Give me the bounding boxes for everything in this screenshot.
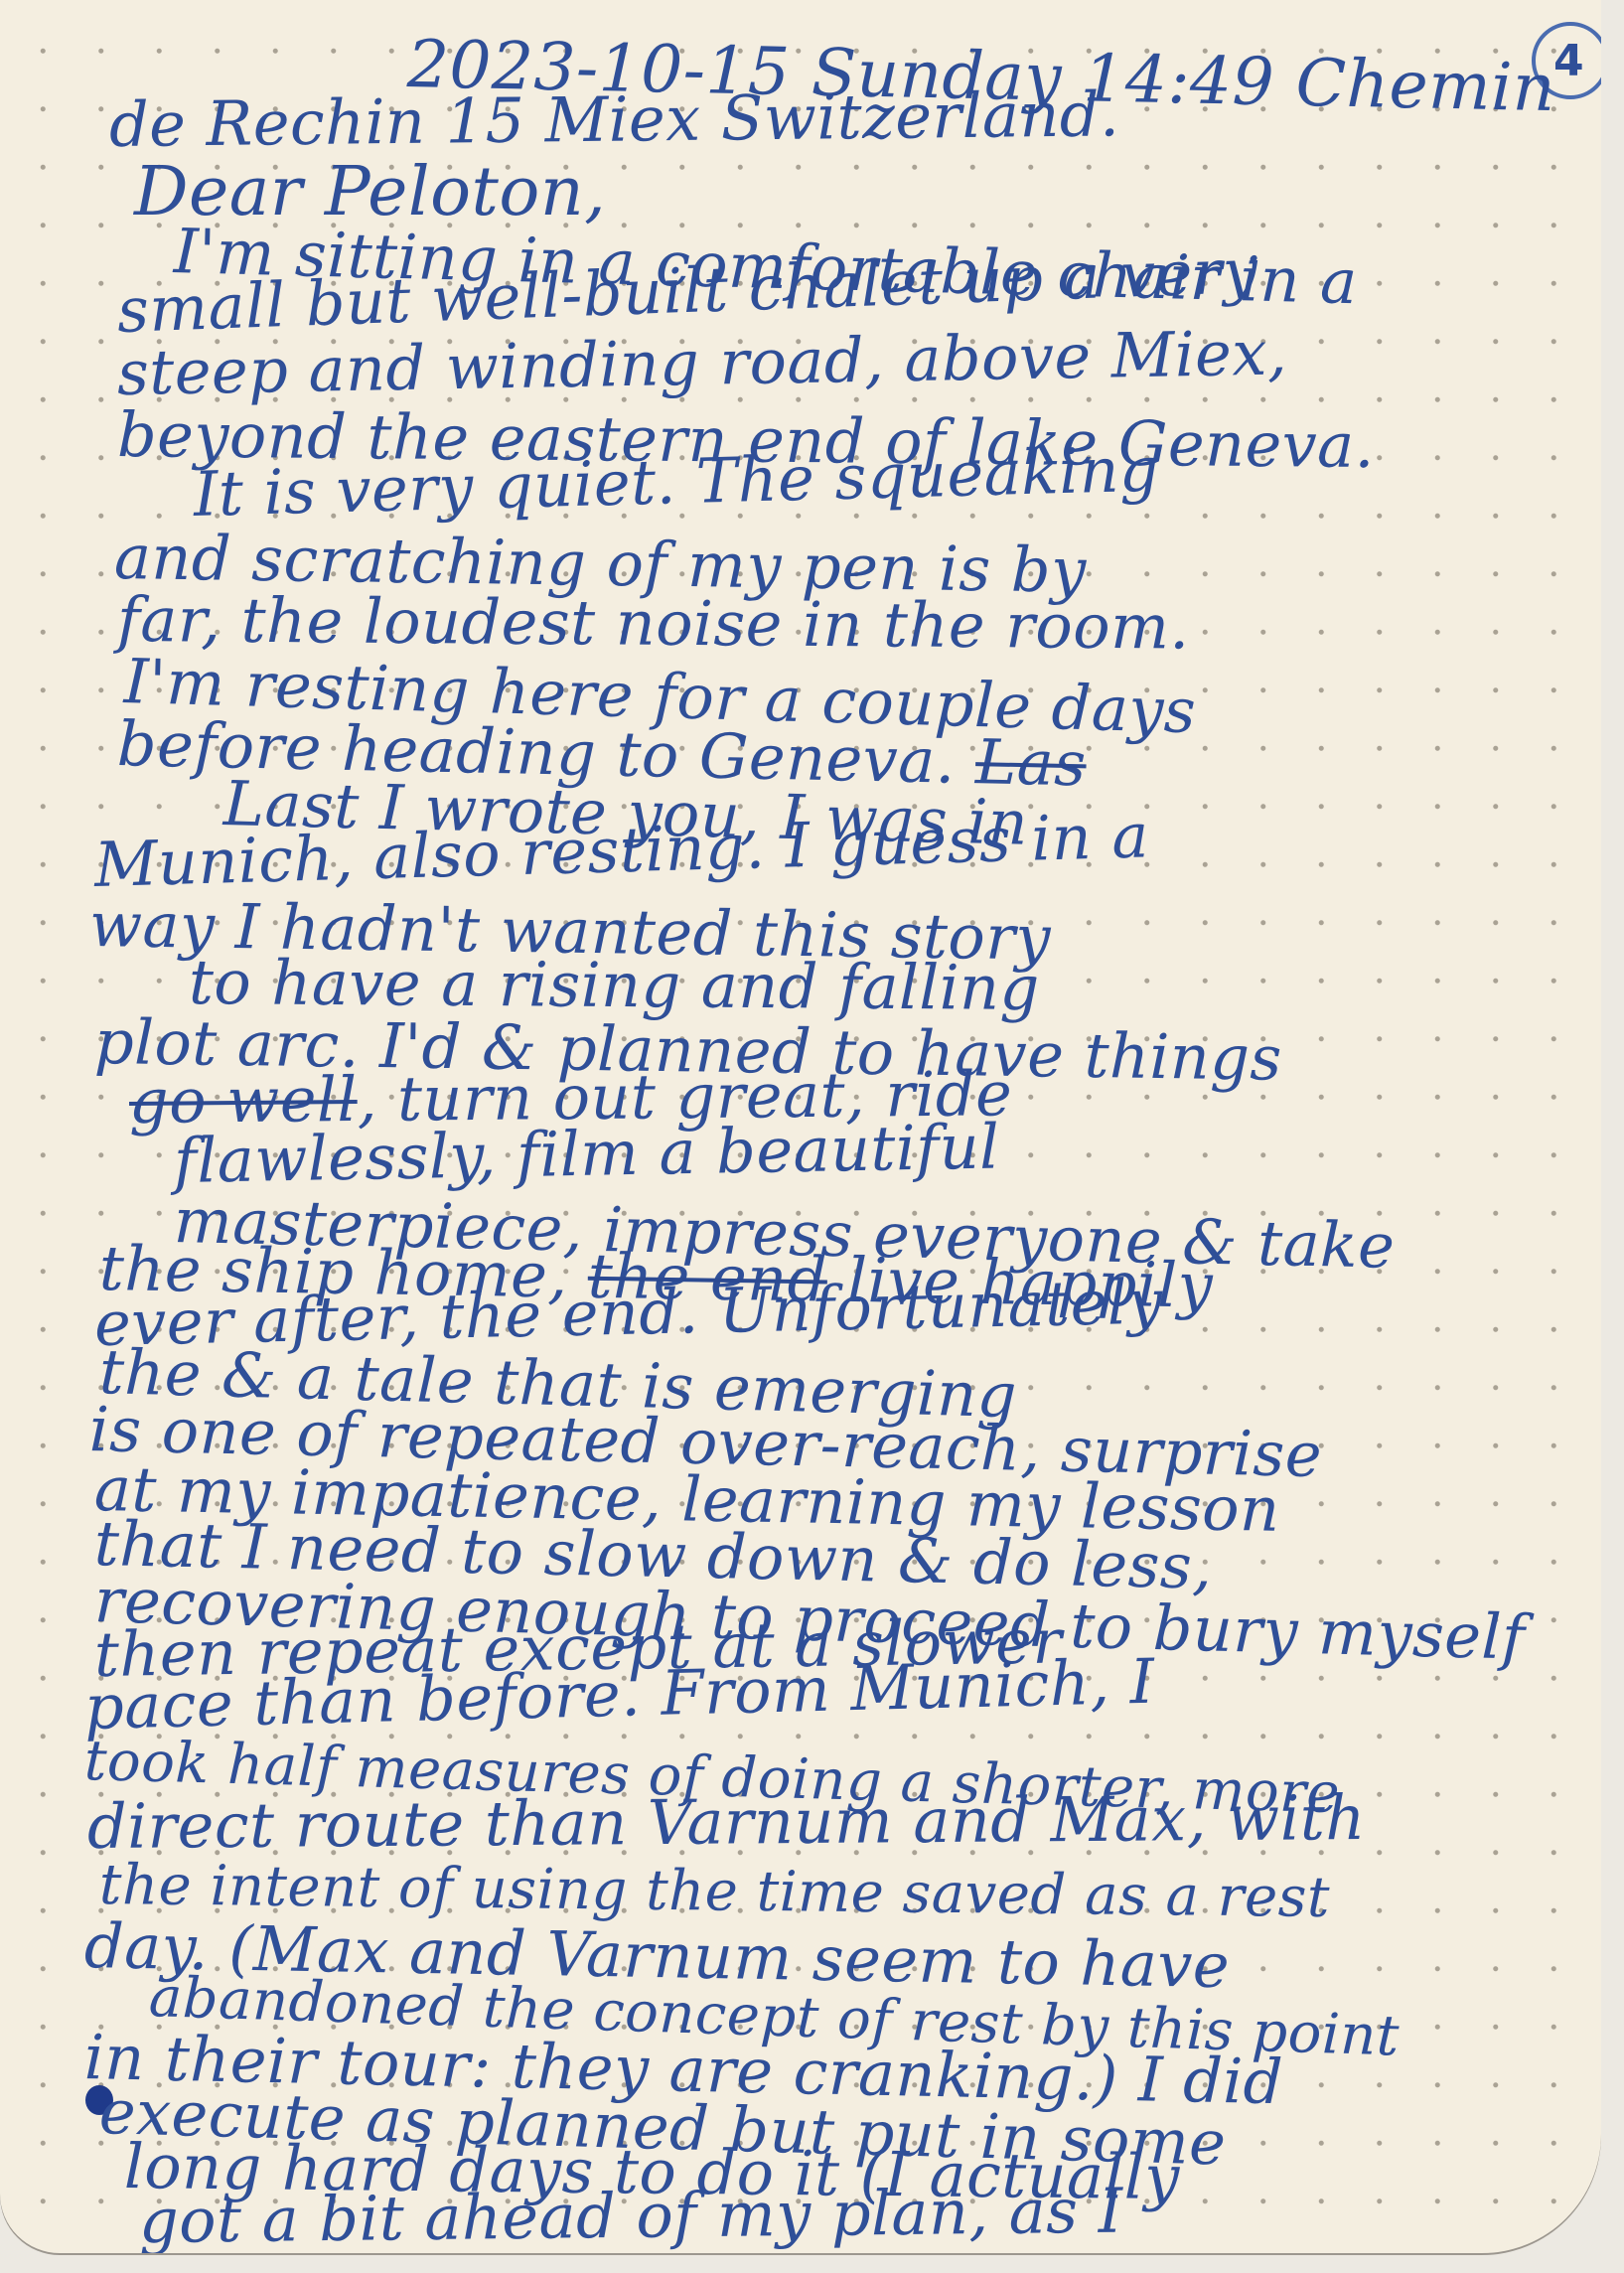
letter-line: far, the loudest noise in the room. (117, 589, 1190, 659)
page-number-text: 4 (1553, 36, 1584, 86)
letter-line: got a bit ahead of my plan, as I (139, 2181, 1123, 2252)
address-line: de Rechin 15 Miex Switzerland. (109, 83, 1120, 156)
letter-line: direct route than Varnum and Max, with (87, 1787, 1366, 1858)
letter-line: steep and winding road, above Miex, (116, 322, 1287, 404)
journal-page: 4 2023-10-15 Sunday 14:49 Chemin de Rech… (0, 0, 1601, 2253)
letter-line: flawlessly, film a beautiful (173, 1116, 999, 1192)
